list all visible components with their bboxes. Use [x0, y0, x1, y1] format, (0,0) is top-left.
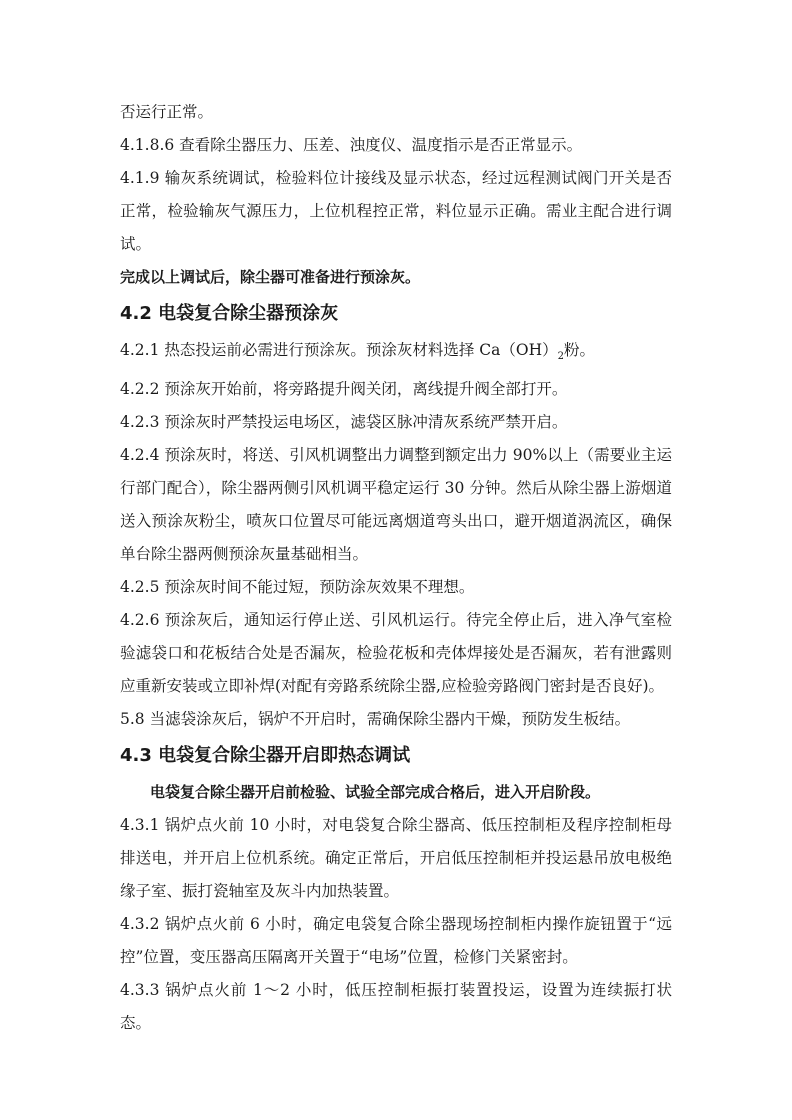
- paragraph-4-2-1-tail: 粉。: [564, 341, 595, 359]
- paragraph-5-8: 5.8 当滤袋涂灰后，锅炉不开启时，需确保除尘器内干燥，预防发生板结。: [120, 703, 672, 736]
- bold-note-precoat-ready: 完成以上调试后，除尘器可准备进行预涂灰。: [120, 261, 672, 294]
- paragraph-4-3-2: 4.3.2 锅炉点火前 6 小时，确定电袋复合除尘器现场控制柜内操作旋钮置于“远…: [120, 908, 672, 974]
- paragraph-4-1-9: 4.1.9 输灰系统调试，检验料位计接线及显示状态，经过远程测试阀门开关是否正常…: [120, 162, 672, 261]
- paragraph-continuation: 否运行正常。: [120, 96, 672, 129]
- bold-note-startup-stage: 电袋复合除尘器开启前检验、试验全部完成合格后，进入开启阶段。: [120, 776, 672, 809]
- paragraph-4-2-3: 4.2.3 预涂灰时严禁投运电场区，滤袋区脉冲清灰系统严禁开启。: [120, 406, 672, 439]
- paragraph-4-3-3: 4.3.3 锅炉点火前 1～2 小时，低压控制柜振打装置投运，设置为连续振打状态…: [120, 974, 672, 1040]
- paragraph-4-1-8-6: 4.1.8.6 查看除尘器压力、压差、浊度仪、温度指示是否正常显示。: [120, 129, 672, 162]
- paragraph-4-3-1: 4.3.1 锅炉点火前 10 小时，对电袋复合除尘器高、低压控制柜及程序控制柜母…: [120, 809, 672, 908]
- section-heading-4-3: 4.3 电袋复合除尘器开启即热态调试: [120, 736, 672, 776]
- paragraph-4-2-4: 4.2.4 预涂灰时，将送、引风机调整出力调整到额定出力 90%以上（需要业主运…: [120, 439, 672, 571]
- paragraph-4-2-6: 4.2.6 预涂灰后，通知运行停止送、引风机运行。待完全停止后，进入净气室检验滤…: [120, 604, 672, 703]
- paragraph-4-2-5: 4.2.5 预涂灰时间不能过短，预防涂灰效果不理想。: [120, 571, 672, 604]
- paragraph-4-2-1: 4.2.1 热态投运前必需进行预涂灰。预涂灰材料选择 Ca（OH）2粉。: [120, 334, 672, 373]
- paragraph-4-2-1-text: 4.2.1 热态投运前必需进行预涂灰。预涂灰材料选择 Ca（OH）: [120, 341, 558, 359]
- paragraph-4-2-2: 4.2.2 预涂灰开始前，将旁路提升阀关闭，离线提升阀全部打开。: [120, 373, 672, 406]
- section-heading-4-2: 4.2 电袋复合除尘器预涂灰: [120, 294, 672, 334]
- document-page: 否运行正常。 4.1.8.6 查看除尘器压力、压差、浊度仪、温度指示是否正常显示…: [120, 96, 672, 1040]
